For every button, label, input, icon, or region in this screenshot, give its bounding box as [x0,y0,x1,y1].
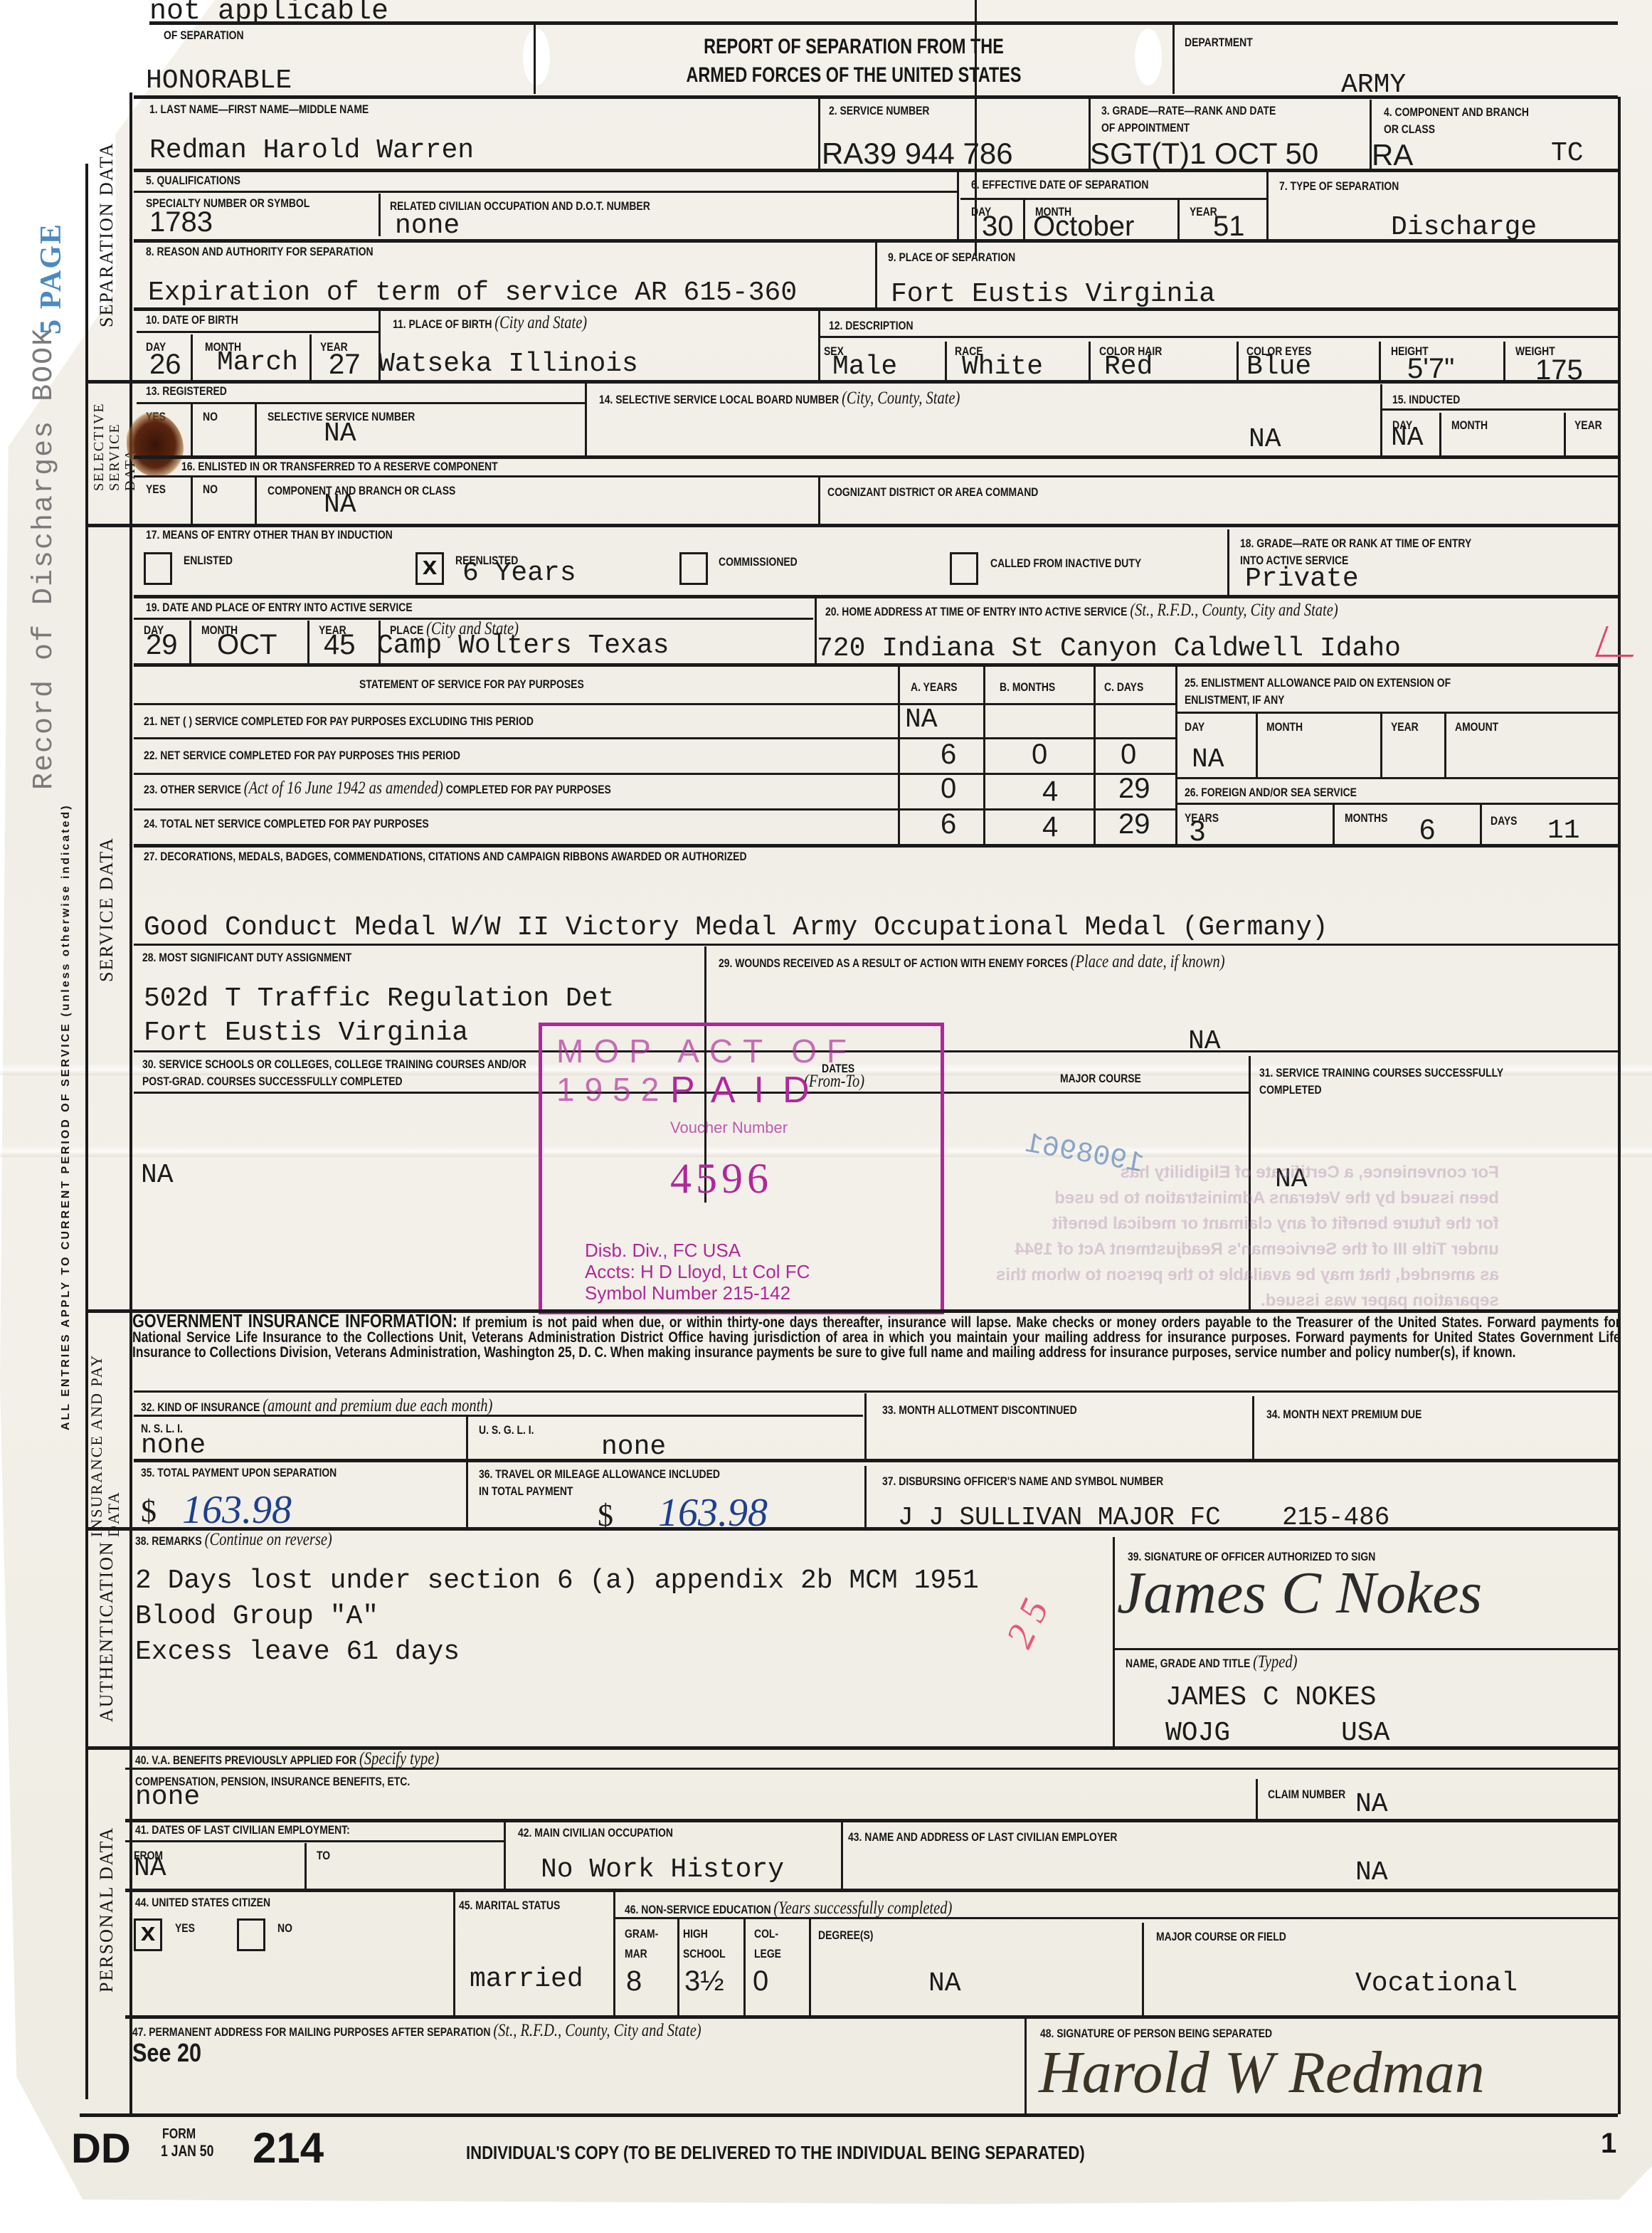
rule [841,1822,843,1889]
rule [1480,804,1482,844]
rule [1380,713,1382,777]
rule [818,477,820,524]
label-citizen: 44. UNITED STATES CITIZEN [135,1896,270,1910]
label-foreign-months: MONTHS [1345,811,1387,825]
rule [88,524,1618,527]
field-usgli: none [601,1432,666,1462]
rule [134,307,1618,311]
pay-row-years: 6 [941,739,956,771]
stamp-voucher-number: 4596 [670,1154,773,1203]
label-marital-status: 45. MARITAL STATUS [459,1899,560,1913]
label-pob-text: 11. PLACE OF BIRTH [393,317,492,331]
pay-row-months: 4 [1042,776,1058,808]
checkbox-citizen-no[interactable] [237,1918,265,1951]
rule [137,331,378,333]
field-home-address: 720 Indiana St Canyon Caldwell Idaho [817,633,1401,664]
margin-record-of-discharges: Record of Discharges BOOK [28,327,60,790]
field-sex: Male [832,352,897,382]
field-foreign-years: 3 [1190,815,1205,848]
checkbox-called-from-inactive[interactable] [950,552,978,585]
field-entry-place: Camp Wolters Texas [377,630,669,661]
rule [125,2015,1618,2019]
label-college: COL-LEGE [754,1924,789,1964]
field-pob: Watseka Illinois [378,349,638,379]
rule [125,1889,1618,1892]
section-rule [85,164,88,2099]
stamp-paid: PAID [670,1069,828,1112]
label-total-payment: 35. TOTAL PAYMENT UPON SEPARATION [141,1466,337,1480]
field-decorations: Good Conduct Medal W/W II Victory Medal … [144,912,1328,943]
rule [1333,804,1335,844]
label-va-benefits-text: 40. V.A. BENEFITS PREVIOUSLY APPLIED FOR [135,1753,356,1767]
header-years: A. YEARS [911,680,958,695]
label-description: 12. DESCRIPTION [829,319,914,333]
field-branch: TC [1551,138,1584,169]
label-last-employment: 41. DATES OF LAST CIVILIAN EMPLOYMENT: [135,1823,350,1837]
label-entry: 19. DATE AND PLACE OF ENTRY INTO ACTIVE … [146,601,413,615]
label-kind-insurance-text: 32. KIND OF INSURANCE [141,1400,260,1414]
rule [1252,1396,1254,1459]
field-employment-from: NA [134,1853,166,1884]
pay-row-label: 24. TOTAL NET SERVICE COMPLETED FOR PAY … [144,817,429,831]
label-enlistment-allowance-2: ENLISTMENT, IF ANY [1185,693,1284,707]
header-days: C. DAYS [1104,680,1143,695]
field-service-number: RA39 944 786 [822,137,1013,171]
field-schools: NA [141,1160,174,1191]
label-disbursing-officer: 37. DISBURSING OFFICER'S NAME AND SYMBOL… [882,1474,1163,1489]
label-citizen-yes: YES [175,1921,195,1936]
label-last-employer: 43. NAME AND ADDRESS OF LAST CIVILIAN EM… [848,1830,1117,1844]
remarks-line: Excess leave 61 days [135,1637,460,1667]
field-reason: Expiration of term of service AR 615-360 [148,278,797,308]
label-pob-italic: (City and State) [494,313,587,332]
stamp-voucher-label: Voucher Number [670,1119,788,1137]
label-enlistment-allowance: 25. ENLISTMENT ALLOWANCE PAID ON EXTENSI… [1185,676,1451,690]
label-home-address-text: 20. HOME ADDRESS AT TIME OF ENTRY INTO A… [825,605,1127,618]
rule [875,242,877,307]
label-allowance-day: DAY [1185,720,1204,734]
pay-row-years: 6 [941,808,956,840]
field-officer-title: USA [1341,1718,1389,1748]
label-qualifications: 5. QUALIFICATIONS [146,174,240,188]
rule [134,95,1618,99]
paid-stamp: MOP ACT OF 1952 PAID Voucher Number 4596… [539,1023,944,1314]
label-reserve-component: COMPONENT AND BRANCH OR CLASS [268,484,455,498]
label-component-2: OR CLASS [1384,122,1435,137]
rule [134,773,1176,775]
checkbox-enlisted[interactable] [144,552,172,585]
label-kind-insurance: 32. KIND OF INSURANCE (amount and premiu… [141,1396,492,1416]
rule [809,1918,811,2015]
checkbox-citizen-yes[interactable]: x [134,1918,162,1951]
field-foreign-days: 11 [1547,815,1580,846]
margin-all-entries: ALL ENTRIES APPLY TO CURRENT PERIOD OF S… [60,803,73,1430]
rule [818,310,820,380]
rule [134,808,1176,811]
rule [189,621,191,663]
pay-row-label: 22. NET SERVICE COMPLETED FOR PAY PURPOS… [144,749,460,763]
field-last-employer: NA [1355,1857,1388,1888]
field-sep-month: October [1033,211,1134,243]
field-sep-day: 30 [982,211,1014,243]
rule [864,1466,867,1527]
label-major-course: MAJOR COURSE [1060,1072,1141,1086]
field-permanent-address: See 20 [132,2038,201,2068]
rule [1380,384,1382,455]
field-degree: NA [928,1968,961,1999]
rule [864,1393,867,1459]
label-education-italic: (Years successfully completed) [773,1899,952,1918]
label-kind-insurance-italic: (amount and premium due each month) [263,1396,492,1415]
label-training-courses: 31. SERVICE TRAINING COURSES SUCCESSFULL… [1259,1066,1503,1080]
rule [677,1918,679,2015]
label-allowance-year: YEAR [1391,720,1419,734]
label-reserve-no: NO [203,482,218,497]
label-duty-assignment: 28. MOST SIGNIFICANT DUTY ASSIGNMENT [142,951,351,965]
insurance-information: GOVERNMENT INSURANCE INFORMATION: If pre… [132,1314,1621,1360]
stamp-accts: Accts: H D Lloyd, Lt Col FC [585,1261,810,1282]
field-reserve-component: NA [324,490,356,520]
label-permanent-address-italic: (St., R.F.D., County, City and State) [493,2021,701,2040]
rule [818,336,1618,338]
label-commissioned: COMMISSIONED [719,555,798,569]
field-allowance-day: NA [1192,744,1224,775]
label-allowance-month: MONTH [1266,720,1303,734]
rule [743,1918,746,2015]
rule [134,455,1618,459]
pay-row-days: 29 [1118,773,1150,805]
margin-page-note: 5 PAGE [34,223,68,334]
bleed-through-text: For convenience, a Certificate of Eligib… [996,1160,1499,1314]
field-duty-line-2: Fort Eustis Virginia [144,1018,468,1048]
rule [1503,342,1505,380]
field-ss-number: NA [324,418,356,449]
field-sep-year: 51 [1213,211,1245,243]
field-grammar: 8 [626,1965,642,1997]
pay-row-months: 0 [1032,739,1047,771]
label-effective-date: 6. EFFECTIVE DATE OF SEPARATION [971,178,1148,192]
label-reason: 8. REASON AND AUTHORITY FOR SEPARATION [146,245,374,259]
label-grade-2: OF APPOINTMENT [1101,121,1190,135]
field-marital-status: married [470,1964,583,1995]
department-label: DEPARTMENT [1185,36,1253,50]
rule [137,402,585,404]
label-registered-no: NO [203,410,218,424]
rule [504,1822,506,1889]
field-entry-month: OCT [217,629,277,661]
rule [1089,342,1091,380]
character-label: OF SEPARATION [164,28,244,43]
label-travel-allowance: 36. TRAVEL OR MILEAGE ALLOWANCE INCLUDED [479,1467,720,1482]
pay-row-days: 0 [1121,739,1136,771]
pay-row-years: 0 [941,773,956,805]
label-usgli: U. S. G. L. I. [479,1423,534,1437]
rule [149,21,1618,25]
rule [1142,1923,1144,2015]
rule [466,1460,468,1527]
title-line-1: REPORT OF SEPARATION FROM THE [643,33,1065,61]
field-officer-name: JAMES C NOKES [1165,1682,1376,1713]
field-race: White [962,352,1043,382]
label-degree: DEGREE(S) [818,1928,873,1943]
pay-row-months: 4 [1042,811,1058,843]
footer-copy-text: INDIVIDUAL'S COPY (TO BE DELIVERED TO TH… [466,2142,1085,2164]
label-registered: 13. REGISTERED [146,384,227,398]
header-months: B. MONTHS [1000,680,1055,695]
label-education-text: 46. NON-SERVICE EDUCATION [625,1903,771,1916]
rule [957,171,959,239]
label-inducted: 15. INDUCTED [1392,393,1460,407]
pay-row-label: 23. OTHER SERVICE (Act of 16 June 1942 a… [144,778,611,798]
label-va-benefits: 40. V.A. BENEFITS PREVIOUSLY APPLIED FOR… [135,1749,439,1769]
field-entry-day: 29 [146,629,178,661]
rule [125,1768,1618,1770]
label-wounds: 29. WOUNDS RECEIVED AS A RESULT OF ACTIO… [719,952,1225,972]
rule [134,191,959,193]
rule [960,198,1266,200]
rule [125,1840,504,1842]
remarks-line: Blood Group "A" [135,1601,378,1632]
label-schools-2: POST-GRAD. COURSES SUCCESSFULLY COMPLETE… [142,1075,403,1089]
rule [1024,2018,1027,2113]
rule [453,1890,455,2015]
field-foreign-months: 6 [1419,814,1435,846]
label-education-major: MAJOR COURSE OR FIELD [1156,1930,1286,1944]
footer-dd: DD [71,2125,131,2173]
field-entry-year: 45 [324,629,356,661]
field-reenlisted-term: 6 Years [462,558,576,588]
rule [125,1819,1618,1822]
rule [134,844,1618,848]
currency-symbol: $ [141,1493,157,1529]
label-wounds-text: 29. WOUNDS RECEIVED AS A RESULT OF ACTIO… [719,956,1068,970]
field-va-benefits: none [135,1782,200,1812]
rule [983,666,985,844]
label-local-board-text: 14. SELECTIVE SERVICE LOCAL BOARD NUMBER [599,393,839,406]
rule [1564,413,1566,455]
footer-page-number: 1 [1601,2128,1616,2160]
rule [818,97,820,171]
pay-row-days: 29 [1118,808,1150,840]
field-local-board: NA [1249,424,1281,455]
label-wounds-italic: (Place and date, if known) [1071,952,1225,971]
label-allotment: 33. MONTH ALLOTMENT DISCONTINUED [882,1403,1077,1418]
rule [613,1890,615,2015]
field-education-major: Vocational [1355,1968,1518,1999]
label-claim-number: CLAIM NUMBER [1268,1788,1345,1802]
rule [1114,1648,1618,1650]
officer-signature: James C Nokes [1117,1558,1482,1627]
label-officer-name-text: NAME, GRADE AND TITLE [1126,1657,1250,1670]
label-pob: 11. PLACE OF BIRTH (City and State) [393,313,587,333]
pay-row-label-text: 23. OTHER SERVICE [144,783,241,796]
label-service-number: 2. SERVICE NUMBER [829,104,930,118]
rule [134,595,1618,598]
field-dob-month: March [217,347,298,378]
rule [191,477,193,524]
footer-form-label: FORM [162,2126,196,2143]
label-component: 4. COMPONENT AND BRANCH [1384,105,1529,120]
label-decorations: 27. DECORATIONS, MEDALS, BADGES, COMMEND… [144,850,747,864]
label-called-inactive: CALLED FROM INACTIVE DUTY [990,556,1141,571]
pay-row-label: 21. NET ( ) SERVICE COMPLETED FOR PAY PU… [144,714,534,729]
pay-row-years: NA [905,704,938,735]
label-training-courses-2: COMPLETED [1259,1083,1322,1097]
punch-hole [523,28,550,85]
label-grade: 3. GRADE—RATE—RANK AND DATE [1101,104,1276,118]
rule [255,404,257,455]
field-high-school: 3½ [684,1965,724,1997]
checkbox-reenlisted[interactable]: x [415,552,444,585]
rule [1177,712,1618,714]
field-component: RA [1372,138,1413,172]
footer-form-date: 1 JAN 50 [161,2142,213,2160]
rule [134,1390,1618,1393]
title-line-2: ARMED FORCES OF THE UNITED STATES [643,61,1065,90]
label-cognizant: COGNIZANT DISTRICT OR AREA COMMAND [827,485,1038,500]
label-travel-allowance-2: IN TOTAL PAYMENT [479,1484,573,1499]
field-eyes: Blue [1246,352,1311,382]
pay-row-label-italic: (Act of 16 June 1942 as amended) [244,778,443,798]
label-grade-entry: 18. GRADE—RATE OR RANK AT TIME OF ENTRY [1240,537,1471,551]
label-home-address: 20. HOME ADDRESS AT TIME OF ENTRY INTO A… [825,601,1338,621]
label-dob: 10. DATE OF BIRTH [146,313,238,327]
field-total-payment: 163.98 [182,1487,292,1533]
rule [466,1416,468,1459]
field-specialty: 1783 [149,206,213,238]
field-duty-line-1: 502d T Traffic Regulation Det [144,983,614,1014]
form-title: REPORT OF SEPARATION FROM THE ARMED FORC… [643,33,1065,90]
field-dob-day: 26 [149,349,181,381]
label-permanent-address-text: 47. PERMANENT ADDRESS FOR MAILING PURPOS… [132,2025,490,2039]
field-claim-number: NA [1355,1789,1388,1820]
rule [585,381,587,455]
label-citizen-no: NO [277,1921,292,1936]
field-officer-grade: WOJG [1165,1718,1230,1748]
label-remarks: 38. REMARKS (Continue on reverse) [135,1530,332,1550]
field-civilian-occupation-main: No Work History [541,1854,784,1885]
label-next-premium: 34. MONTH NEXT PREMIUM DUE [1266,1408,1421,1422]
rule [134,737,1176,739]
label-high-school: HIGH SCHOOL [683,1924,730,1964]
rule [134,169,1618,172]
rule [305,1843,307,1889]
label-schools: 30. SERVICE SCHOOLS OR COLLEGES, COLLEGE… [142,1057,526,1072]
rule [534,23,536,94]
label-officer-name: NAME, GRADE AND TITLE (Typed) [1126,1652,1297,1672]
rule [134,1415,863,1417]
label-va-benefits-italic: (Specify type) [359,1749,439,1768]
label-reserve-yes: YES [146,482,166,497]
rule [134,703,1176,705]
rule [1177,803,1618,805]
rule [309,334,312,380]
label-allowance-amount: AMOUNT [1455,720,1498,734]
rule [615,1917,1618,1919]
label-inducted-month: MONTH [1451,418,1488,433]
label-enlisted: ENLISTED [184,554,233,568]
rule [1177,777,1618,779]
rule [1175,666,1177,844]
rule [1113,1537,1115,1748]
label-means-entry: 17. MEANS OF ENTRY OTHER THAN BY INDUCTI… [146,528,393,542]
checkbox-commissioned[interactable] [679,552,708,585]
label-civilian-occupation-main: 42. MAIN CIVILIAN OCCUPATION [518,1826,673,1840]
label-remarks-text: 38. REMARKS [135,1534,202,1548]
rule [1227,529,1229,596]
rule [1382,408,1618,411]
rule [1266,171,1269,239]
label-type-separation: 7. TYPE OF SEPARATION [1279,179,1399,194]
remarks-line: 2 Days lost under section 6 (a) appendix… [135,1566,979,1596]
pay-row-label-tail: COMPLETED FOR PAY PURPOSES [446,783,611,796]
rule [88,380,1618,384]
label-education: 46. NON-SERVICE EDUCATION (Years success… [625,1899,952,1918]
field-hair: Red [1104,352,1153,382]
pay-statement-title: STATEMENT OF SERVICE FOR PAY PURPOSES [359,677,584,692]
rule [1444,713,1446,777]
label-officer-name-italic: (Typed) [1253,1652,1297,1672]
rule [945,342,947,380]
rule [191,334,193,380]
label-remarks-italic: (Continue on reverse) [205,1530,332,1549]
rule [134,944,1618,946]
punch-hole [1135,28,1162,85]
field-type-separation: Discharge [1391,212,1537,243]
rule [80,2113,1618,2117]
rule [1172,23,1175,94]
character-of-separation: HONORABLE [146,65,292,96]
rule [1237,342,1239,380]
field-grade-entry: Private [1245,564,1359,594]
stamp-symbol: Symbol Number 215-142 [585,1282,810,1304]
field-college: 0 [753,1965,768,1997]
field-place-separation: Fort Eustis Virginia [891,279,1215,310]
field-nsli: none [141,1430,206,1461]
label-foreign-service: 26. FOREIGN AND/OR SEA SERVICE [1185,786,1357,800]
label-place-separation: 9. PLACE OF SEPARATION [888,250,1015,265]
rule [255,477,257,524]
stamp-disb: Disb. Div., FC USA [585,1240,810,1261]
rule [975,0,977,256]
field-inducted-day: NA [1391,423,1424,453]
rule [1256,713,1258,777]
label-inducted-year: YEAR [1574,418,1602,433]
label-to: TO [317,1849,330,1863]
rule [1023,199,1025,239]
rule [134,663,1618,667]
label-name: 1. LAST NAME—FIRST NAME—MIDDLE NAME [149,102,369,117]
field-name: Redman Harold Warren [149,135,474,166]
rule [191,404,193,455]
rule [134,1459,1618,1462]
insurance-heading: GOVERNMENT INSURANCE INFORMATION: [132,1310,457,1331]
rule [134,475,1618,477]
rule [307,621,309,663]
field-civilian-occupation: none [395,211,460,241]
label-foreign-days: DAYS [1490,814,1517,828]
rule [1177,199,1180,239]
label-local-board-italic: (City, County, State) [842,389,960,408]
field-dob-year: 27 [329,349,361,381]
rule [378,194,381,236]
label-reserve: 16. ENLISTED IN OR TRANSFERRED TO A RESE… [181,460,498,474]
rule [1094,666,1096,844]
member-signature: Harold W Redman [1039,2038,1485,2107]
rule [1256,1779,1258,1819]
rule [898,666,900,844]
footer-form-number: 214 [253,2123,324,2173]
